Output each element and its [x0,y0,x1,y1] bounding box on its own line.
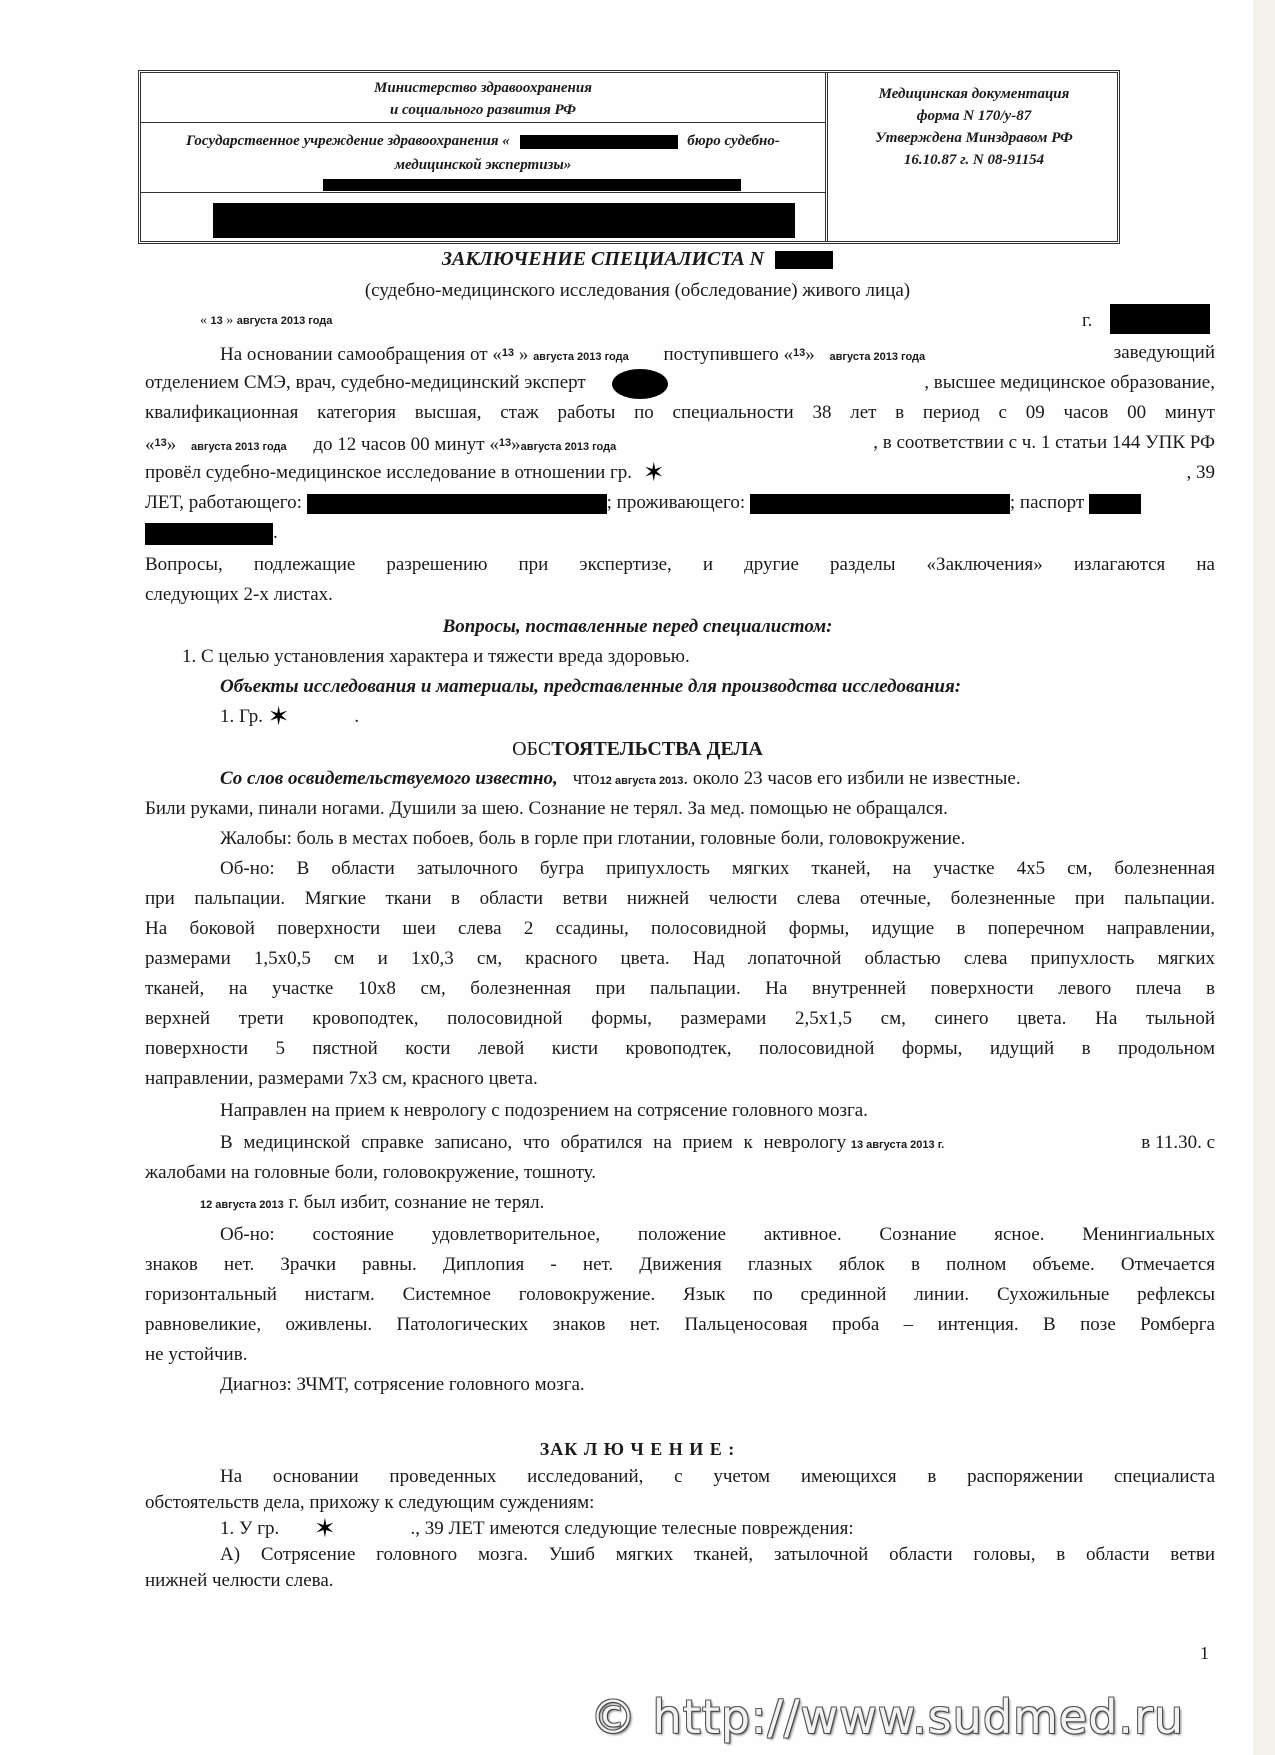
certificate-line-2: жалобами на головные боли, головокружени… [145,1158,1215,1188]
circumstances-line-1: Со слов освидетельствуемого известно, чт… [145,764,1215,796]
circumstances-line-2: Били руками, пинали ногами. Душили за ше… [145,794,1215,824]
text: В медицинской справке записано, что обра… [220,1132,846,1153]
objects-heading: Объекты исследования и материалы, предст… [145,672,1215,702]
neuro-line-2: знаков нет. Зрачки равны. Диплопия - нет… [145,1250,1215,1280]
intro-line-6: ЛЕТ, работающего: ; проживающего: ; пасп… [145,488,1215,518]
exam-line-1: Об-но: В области затылочного бугра припу… [145,854,1215,884]
intro-text: ; паспорт [1010,492,1084,513]
intro-text: до 12 часов 00 минут « [313,434,498,455]
redacted-star-icon: ✶ [268,707,290,727]
intro-line-2: отделением СМЭ, врач, судебно-медицински… [145,368,1215,399]
questions-heading: Вопросы, поставленные перед специалистом… [0,612,1275,642]
intro-text: На основании самообращения от « [220,344,502,365]
redacted-star-icon: ✶ [643,463,665,483]
redacted-document-number [775,251,833,269]
date-text: 12 августа 2013 [600,775,684,787]
institution-line-2: медицинской экспертизы» [141,153,825,177]
heading-part: ОБС [512,738,551,760]
intro-line-3: квалификационная категория высшая, стаж … [145,398,1215,428]
institution-suffix: бюро судебно- [687,133,780,149]
intro-text: поступившего « [663,344,793,365]
exam-line-4: размерами 1,5х0,5 см и 1х0,3 см, красног… [145,944,1215,974]
date-text: августа 2013 года [830,351,926,363]
objects-item-text: . [354,706,359,727]
text: . около 23 часов его избили не известные… [683,768,1020,789]
city-prefix: г. [1082,306,1092,336]
document-subtitle: (судебно-медицинского исследования (обсл… [0,280,1275,302]
redacted-institution-name [520,135,678,149]
date-close-quote: » [226,313,233,328]
redacted-passport-number [145,523,273,545]
text: что [573,768,600,789]
page-number: 1 [1200,1643,1209,1664]
form-line-3: Утверждена Минздравом РФ [828,127,1120,149]
exam-line-3: На боковой поверхности шеи слева 2 ссади… [145,914,1215,944]
watermark: © http://www.sudmed.ru [590,1690,1184,1744]
date-day: 13 [793,347,805,359]
intro-text: провёл судебно-медицинское исследование … [145,462,632,483]
redacted-city [1110,304,1210,334]
beaten-line: 12 августа 2013 г. был избит, сознание н… [145,1188,1270,1220]
date-month-year: августа 2013 года [237,315,333,327]
circumstances-heading: ОБСТОЯТЕЛЬСТВА ДЕЛА [0,734,1275,764]
exam-line-8: направлении, размерами 7х3 см, красного … [145,1064,1215,1094]
intro-line-5: провёл судебно-медицинское исследование … [145,458,1215,488]
intro-text: ЛЕТ, работающего: [145,492,302,513]
redacted-star-icon: ✶ [314,1519,336,1539]
date-text: августа 2013 года [533,351,629,363]
date-text: августа 2013 года [191,441,287,453]
neuro-line-5: не устойчив. [145,1340,1215,1370]
questions-note-line-2: следующих 2-х листах. [145,580,1215,610]
form-line-4: 16.10.87 г. N 08-91154 [828,149,1120,171]
text: 1. У гр. [220,1518,279,1539]
exam-line-2: при пальпации. Мягкие ткани в области ве… [145,884,1215,914]
date-text: 12 августа 2013 [200,1199,284,1211]
redacted-expert-name [612,369,668,399]
exam-line-7: поверхности 5 пястной кости левой кисти … [145,1034,1215,1064]
form-line-1: Медицинская документация [828,83,1120,105]
certificate-line-1: В медицинской справке записано, что обра… [145,1128,1215,1160]
quote: » [805,344,815,365]
referral-line: Направлен на прием к неврологу с подозре… [145,1096,1215,1126]
redacted-passport [1089,494,1141,514]
document-title: ЗАКЛЮЧЕНИЕ СПЕЦИАЛИСТА N [0,248,1275,271]
lead-phrase: Со слов освидетельствуемого известно, [220,768,558,789]
intro-text: . [273,522,278,543]
intro-text: , высшее медицинское образование, [924,368,1215,398]
conclusion-heading: ЗАК Л Ю Ч Е Н И Е : [0,1434,1275,1464]
text: г. был избит, сознание не терял. [289,1192,545,1213]
redacted-workplace [307,494,607,514]
intro-line-1: На основании самообращения от «13 » авгу… [145,338,1215,372]
intro-line-7: . [145,518,1215,548]
questions-note-line-1: Вопросы, подлежащие разрешению при экспе… [145,550,1215,580]
date-city-line: « 13 » августа 2013 года г. [145,306,1215,336]
intro-line-4: «13» августа 2013 года до 12 часов 00 ми… [145,428,1215,462]
neuro-line-4: равновеликие, оживлены. Патологических з… [145,1310,1215,1340]
redacted-residence [750,494,1010,514]
date-text: августа 2013 года [521,441,617,453]
document-page: Министерство здравоохранения и социально… [0,0,1275,1755]
quote: » [511,434,521,455]
conclusion-item-a-line-2: нижней челюсти слева. [145,1566,1215,1596]
exam-line-6: верхней трети кровоподтек, полосовидной … [145,1004,1215,1034]
ministry-block: Министерство здравоохранения и социально… [141,73,825,123]
date-text: 13 августа 2013 г. [851,1139,944,1151]
age-text: , 39 [1187,458,1216,488]
institution-line-1: Государственное учреждение здравоохранен… [141,129,825,153]
neuro-line-3: горизонтальный нистагм. Системное голово… [145,1280,1215,1310]
intro-text: , в соответствии с ч. 1 статьи 144 УПК Р… [873,428,1215,458]
question-item-1: 1. С целью установления характера и тяже… [145,642,1252,672]
date-day: 13 [499,437,511,449]
objects-item-1: 1. Гр. ✶ . [145,702,1215,732]
redacted-department [213,203,795,238]
text: в 11.30. с [1141,1128,1215,1158]
institution-block: Государственное учреждение здравоохранен… [141,123,825,193]
header-redacted-row [141,193,825,241]
redacted-address [323,179,741,191]
quote: « [145,434,155,455]
date-day: 13 [502,347,514,359]
diagnosis-line: Диагноз: ЗЧМТ, сотрясение головного мозг… [145,1370,1215,1400]
exam-line-5: тканей, на участке 10х8 см, болезненная … [145,974,1215,1004]
neuro-line-1: Об-но: состояние удовлетворительное, пол… [145,1220,1215,1250]
quote: » [519,344,529,365]
form-info-block: Медицинская документация форма N 170/у-8… [828,73,1120,171]
date-day: 13 [155,437,167,449]
intro-text: ; проживающего: [607,492,746,513]
heading-part: ТОЯТЕЛЬСТВА ДЕЛА [551,738,763,760]
institution-prefix: Государственное учреждение здравоохранен… [186,133,510,149]
text: ., 39 ЛЕТ имеются следующие телесные пов… [411,1518,854,1539]
date-day: 13 [211,315,223,327]
quote: » [167,434,177,455]
objects-item-text: 1. Гр. [220,706,263,727]
form-line-2: форма N 170/у-87 [828,105,1120,127]
complaints-line: Жалобы: боль в местах побоев, боль в гор… [145,824,1215,854]
title-text: ЗАКЛЮЧЕНИЕ СПЕЦИАЛИСТА N [442,248,764,270]
date-open-quote: « [200,313,207,328]
header-left-cell: Министерство здравоохранения и социально… [141,73,828,241]
form-header-table: Министерство здравоохранения и социально… [138,70,1120,244]
ministry-line-2: и социального развития РФ [141,99,825,121]
ministry-line-1: Министерство здравоохранения [141,77,825,99]
intro-text: отделением СМЭ, врач, судебно-медицински… [145,372,586,393]
intro-text: заведующий [1114,338,1215,368]
